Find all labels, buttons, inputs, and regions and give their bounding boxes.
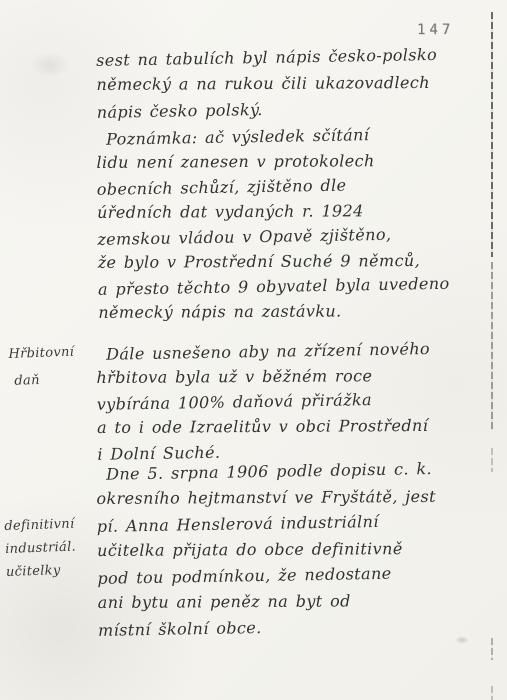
margin-note-line: definitivní — [4, 513, 76, 538]
paragraph-cemetery-tax: Dále usnešeno aby na zřízení nového hřbi… — [96, 337, 431, 466]
margin-note-definitive-teacher: definitivní industriál. učitelky — [4, 513, 77, 584]
handwriting-line: sest na tabulích byl nápis česko-polsko — [96, 42, 437, 74]
margin-note-line: učitelky — [6, 558, 78, 583]
margin-note-line: industriál. — [5, 536, 77, 561]
scan-smudge — [455, 636, 469, 644]
handwriting-line: vybírána 100% daňová přirážka — [97, 386, 431, 417]
scan-edge-line — [491, 638, 493, 660]
handwriting-line: německý a na rukou čili ukazovadlech — [96, 70, 437, 98]
handwriting-line: Dne 5. srpna 1906 podle dopisu c. k. — [96, 456, 436, 488]
handwriting-line: okresního hejtmanství ve Fryštátě, jest — [96, 484, 436, 512]
handwriting-line: místní školní obce. — [98, 612, 438, 644]
handwriting-line: německý nápis na zastávku. — [98, 298, 450, 325]
paragraph-signs: sest na tabulích byl nápis česko-polsko … — [96, 43, 438, 125]
handwriting-line: ani bytu ani peněz na byt od — [98, 588, 438, 616]
scan-edge-line — [491, 262, 493, 430]
margin-note-line: Hřbitovní — [8, 339, 75, 368]
handwriting-line: pod tou podmínkou, že nedostane — [97, 560, 437, 592]
handwriting-line: učitelka přijata do obce definitivně — [97, 536, 437, 564]
paragraph-teacher-appointment: Dne 5. srpna 1906 podle dopisu c. k. okr… — [96, 457, 438, 643]
handwriting-line: pí. Anna Henslerová industriální — [97, 508, 437, 540]
scan-edge-line — [491, 12, 493, 257]
margin-note-cemetery-tax: Hřbitovní daň — [8, 339, 76, 395]
paragraph-census-note: Poznámka: ač výsledek sčítání lidu není … — [96, 122, 450, 326]
scan-edge-line — [491, 448, 493, 472]
scan-edge-line — [491, 686, 493, 700]
page-number: 147 — [417, 22, 454, 38]
handwriting-line: Dále usnešeno aby na zřízení nového — [96, 336, 430, 367]
scanned-manuscript-page: 147 Hřbitovní daň definitivní industriál… — [0, 0, 507, 700]
scan-smudge — [30, 52, 70, 78]
margin-note-line: daň — [9, 366, 76, 395]
